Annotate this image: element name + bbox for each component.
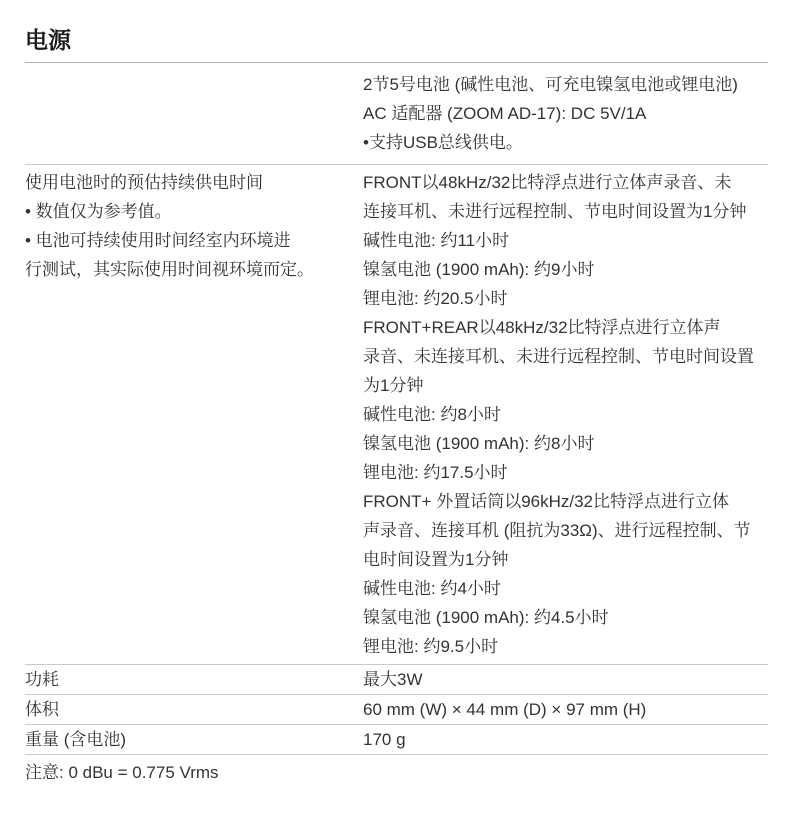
spec-value-line: 锂电池: 约9.5小时	[363, 632, 768, 661]
spec-value-line: 电时间设置为1分钟	[363, 545, 768, 574]
spec-label-line: 重量 (含电池)	[25, 725, 363, 754]
spec-label: 使用电池时的预估持续供电时间• 数值仅为参考值。• 电池可持续使用时间经室内环境…	[25, 168, 363, 284]
spec-label-line: • 数值仅为参考值。	[25, 197, 363, 226]
spec-label-line: 行测试，其实际使用时间视环境而定。	[25, 255, 363, 284]
spec-row-power-consumption: 功耗最大3W	[25, 664, 768, 694]
page-title: 电源	[25, 27, 768, 54]
spec-value-line: 声录音、连接耳机 (阻抗为33Ω)、进行远程控制、节	[363, 516, 768, 545]
spec-value-line: 录音、未连接耳机、未进行远程控制、节电时间设置	[363, 342, 768, 371]
spec-value-line: 镍氢电池 (1900 mAh): 约8小时	[363, 429, 768, 458]
spec-value-line: 2节5号电池 (碱性电池、可充电镍氢电池或锂电池)	[363, 70, 768, 99]
spec-value-line: 锂电池: 约20.5小时	[363, 284, 768, 313]
spec-value-line: FRONT以48kHz/32比特浮点进行立体声录音、未	[363, 168, 768, 197]
spec-label-line: • 电池可持续使用时间经室内环境进	[25, 226, 363, 255]
spec-row-dimensions: 体积60 mm (W) × 44 mm (D) × 97 mm (H)	[25, 694, 768, 724]
spec-value-line: 为1分钟	[363, 371, 768, 400]
footnote: 注意: 0 dBu = 0.775 Vrms	[25, 755, 768, 787]
spec-label: 重量 (含电池)	[25, 725, 363, 754]
spec-document: 电源 2节5号电池 (碱性电池、可充电镍氢电池或锂电池)AC 适配器 (ZOOM…	[0, 27, 790, 787]
spec-value: 最大3W	[363, 665, 768, 694]
spec-row-battery-life: 使用电池时的预估持续供电时间• 数值仅为参考值。• 电池可持续使用时间经室内环境…	[25, 164, 768, 664]
spec-value-line: 锂电池: 约17.5小时	[363, 458, 768, 487]
spec-label: 功耗	[25, 665, 363, 694]
spec-value-line: AC 适配器 (ZOOM AD-17): DC 5V/1A	[363, 99, 768, 128]
spec-value-line: 60 mm (W) × 44 mm (D) × 97 mm (H)	[363, 695, 768, 724]
spec-value-line: FRONT+ 外置话筒以96kHz/32比特浮点进行立体	[363, 487, 768, 516]
spec-value: 60 mm (W) × 44 mm (D) × 97 mm (H)	[363, 695, 768, 724]
spec-label-line: 功耗	[25, 665, 363, 694]
spec-value-line: •支持USB总线供电。	[363, 128, 768, 157]
spec-row-power-source: 2节5号电池 (碱性电池、可充电镍氢电池或锂电池)AC 适配器 (ZOOM AD…	[25, 62, 768, 164]
spec-label: 体积	[25, 695, 363, 724]
spec-table: 2节5号电池 (碱性电池、可充电镍氢电池或锂电池)AC 适配器 (ZOOM AD…	[25, 62, 768, 755]
spec-value-line: 碱性电池: 约11小时	[363, 226, 768, 255]
spec-value-line: 镍氢电池 (1900 mAh): 约9小时	[363, 255, 768, 284]
spec-value-line: 连接耳机、未进行远程控制、节电时间设置为1分钟	[363, 197, 768, 226]
spec-value-line: 碱性电池: 约8小时	[363, 400, 768, 429]
spec-value-line: FRONT+REAR以48kHz/32比特浮点进行立体声	[363, 313, 768, 342]
spec-row-weight: 重量 (含电池)170 g	[25, 724, 768, 754]
spec-value-line: 碱性电池: 约4小时	[363, 574, 768, 603]
spec-label-line: 使用电池时的预估持续供电时间	[25, 168, 363, 197]
spec-value-line: 镍氢电池 (1900 mAh): 约4.5小时	[363, 603, 768, 632]
spec-value: 170 g	[363, 725, 768, 754]
spec-value: 2节5号电池 (碱性电池、可充电镍氢电池或锂电池)AC 适配器 (ZOOM AD…	[363, 70, 768, 157]
spec-value-line: 最大3W	[363, 665, 768, 694]
spec-value-line: 170 g	[363, 725, 768, 754]
spec-label-line: 体积	[25, 695, 363, 724]
spec-value: FRONT以48kHz/32比特浮点进行立体声录音、未连接耳机、未进行远程控制、…	[363, 168, 768, 661]
